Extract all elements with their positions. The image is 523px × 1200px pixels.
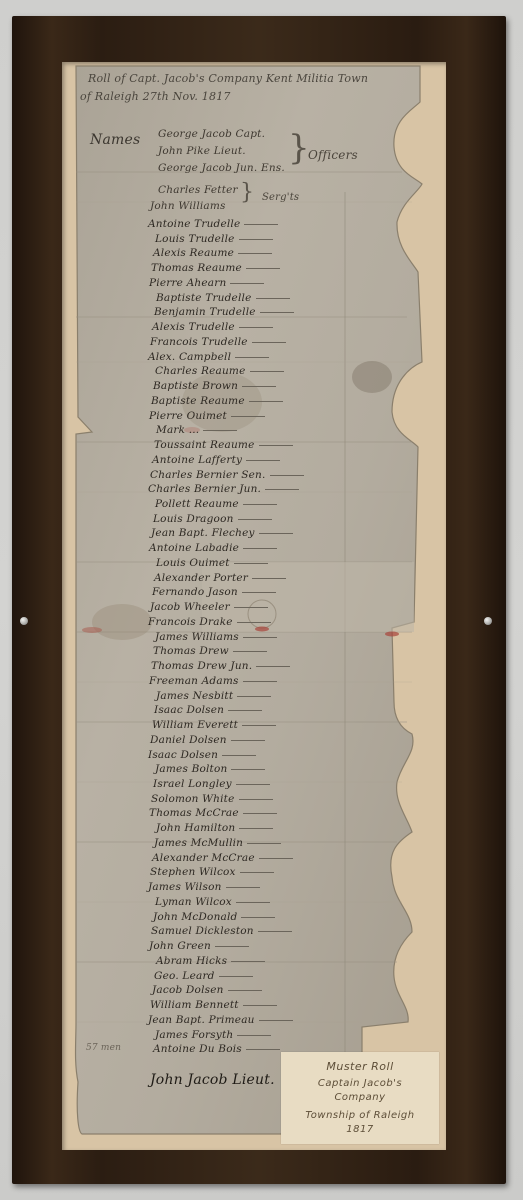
- roll-name-entry: Antoine Trudelle: [148, 218, 278, 230]
- roll-name-entry: Isaac Dolsen: [154, 704, 262, 716]
- roll-name-entry: John McDonald: [153, 911, 275, 923]
- roll-name-entry: Daniel Dolsen: [150, 734, 265, 746]
- roll-name-entry: Antoine Labadie: [149, 542, 277, 554]
- roll-name-entry: Jean Bapt. Primeau: [148, 1014, 293, 1026]
- roll-name-entry: Stephen Wilcox: [150, 866, 274, 878]
- wall-screw-left: [20, 617, 28, 625]
- officers-bracket: }: [288, 128, 310, 168]
- document-header-line-2: of Raleigh 27th Nov. 1817: [80, 90, 231, 103]
- roll-name-entry: Thomas McCrae: [149, 807, 277, 819]
- roll-name-entry: Louis Dragoon: [153, 513, 272, 525]
- officers-label: Officers: [308, 148, 358, 162]
- roll-name-entry: Thomas Reaume: [151, 262, 280, 274]
- roll-name-entry: Alexander Porter: [154, 572, 286, 584]
- roll-name-entry: Thomas Drew Jun.: [151, 660, 290, 672]
- roll-name-entry: Pierre Ahearn: [149, 277, 264, 289]
- sergeants-bracket: }: [240, 180, 254, 205]
- roll-name-entry: William Everett: [152, 719, 276, 731]
- roll-name-entry: Toussaint Reaume: [154, 439, 293, 451]
- roll-name-entry: James Wilson: [148, 881, 260, 893]
- roll-name-entry: Antoine Lafferty: [152, 454, 280, 466]
- roll-name-entry: Louis Trudelle: [155, 233, 273, 245]
- roll-name-entry: Israel Longley: [153, 778, 270, 790]
- roll-name-entry: James McMullin: [154, 837, 281, 849]
- roll-name-entry: James Williams: [155, 631, 277, 643]
- roll-name-entry: Solomon White: [151, 793, 273, 805]
- roll-name-entry: Mark ...: [156, 424, 237, 436]
- roll-name-entry: Benjamin Trudelle: [154, 306, 294, 318]
- roll-name-entry: Isaac Dolsen: [148, 749, 256, 761]
- sergeant-entry: John Williams: [150, 200, 226, 212]
- roll-name-entry: Jacob Wheeler: [150, 601, 268, 613]
- document-header-line-1: Roll of Capt. Jacob's Company Kent Milit…: [88, 72, 368, 85]
- roll-name-entry: John Green: [149, 940, 249, 952]
- officer-entry: John Pike Lieut.: [158, 145, 246, 157]
- roll-name-entry: Baptiste Brown: [153, 380, 276, 392]
- roll-name-entry: Francois Drake: [148, 616, 271, 628]
- roll-name-entry: Alexis Trudelle: [152, 321, 273, 333]
- roll-name-entry: Charles Reaume: [155, 365, 284, 377]
- roll-name-entry: Baptiste Trudelle: [156, 292, 290, 304]
- label-line-township: Township of Raleigh: [281, 1110, 439, 1121]
- roll-name-entry: Pollett Reaume: [155, 498, 277, 510]
- roll-name-entry: James Forsyth: [155, 1029, 271, 1041]
- label-line-captain: Captain Jacob's: [281, 1078, 439, 1089]
- signature: John Jacob Lieut.: [150, 1072, 275, 1088]
- roll-name-entry: Lyman Wilcox: [155, 896, 270, 908]
- roll-name-entry: Samuel Dickleston: [151, 925, 292, 937]
- roll-name-entry: James Bolton: [155, 763, 265, 775]
- roll-name-entry: James Nesbitt: [156, 690, 271, 702]
- sergeant-entry: Charles Fetter: [158, 184, 238, 196]
- sergeants-label: Serg'ts: [262, 192, 299, 203]
- roll-name-entry: John Hamilton: [156, 822, 273, 834]
- roll-name-entry: Jean Bapt. Flechey: [151, 527, 293, 539]
- roll-name-entry: William Bennett: [150, 999, 277, 1011]
- roll-name-entry: Freeman Adams: [149, 675, 277, 687]
- roll-name-entry: Charles Bernier Jun.: [148, 483, 299, 495]
- label-line-company: Company: [281, 1092, 439, 1103]
- roll-name-entry: Pierre Ouimet: [149, 410, 265, 422]
- wall-screw-right: [484, 617, 492, 625]
- roll-name-entry: Louis Ouimet: [156, 557, 268, 569]
- officer-entry: George Jacob Capt.: [158, 128, 265, 140]
- officer-entry: George Jacob Jun. Ens.: [158, 162, 285, 174]
- side-note: 57 men: [86, 1043, 121, 1053]
- roll-name-entry: Abram Hicks: [156, 955, 265, 967]
- roll-name-entry: Francois Trudelle: [150, 336, 286, 348]
- roll-name-entry: Alexis Reaume: [153, 247, 272, 259]
- names-label: Names: [90, 132, 140, 148]
- roll-name-entry: Charles Bernier Sen.: [150, 469, 304, 481]
- roll-name-entry: Baptiste Reaume: [151, 395, 283, 407]
- museum-label-card: Muster Roll Captain Jacob's Company Town…: [281, 1052, 439, 1144]
- roll-name-entry: Geo. Leard: [154, 970, 253, 982]
- roll-name-entry: Jacob Dolsen: [152, 984, 262, 996]
- label-title: Muster Roll: [281, 1060, 439, 1073]
- label-line-year: 1817: [281, 1124, 439, 1135]
- roll-name-entry: Thomas Drew: [153, 645, 267, 657]
- roll-name-entry: Alex. Campbell: [148, 351, 269, 363]
- roll-name-entry: Fernando Jason: [152, 586, 276, 598]
- roll-name-entry: Alexander McCrae: [152, 852, 293, 864]
- roll-name-entry: Antoine Du Bois: [153, 1043, 280, 1055]
